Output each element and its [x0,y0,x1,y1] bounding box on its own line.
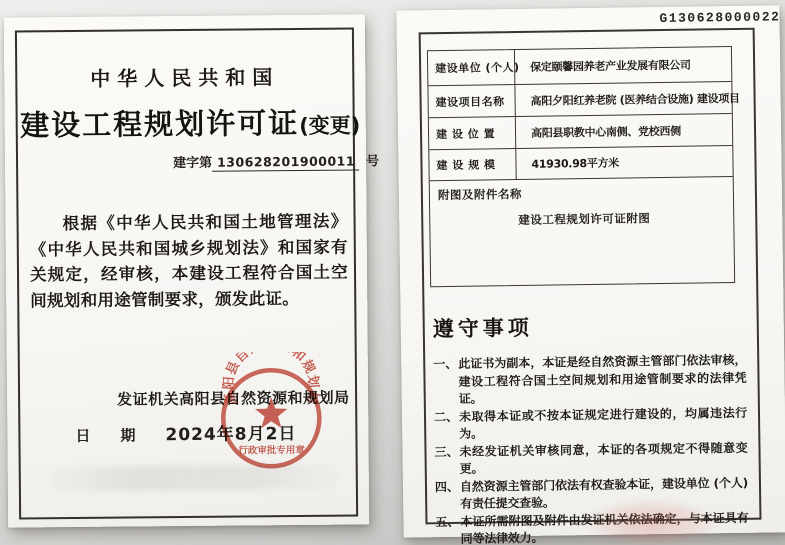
notice-number: 一、 [433,356,459,409]
permit-cover-page: 中华人民共和国 建设工程规划许可证(变更) 建字第130628201900011… [4,14,369,527]
list-item: 三、 未经发证机关审核同意，本证的各项规定不得随意变更。 [434,439,747,478]
row-label-location: 建 设 位 置 [429,117,516,149]
row-value-construction-unit: 保定颐馨园养老产业发展有限公司 [515,47,731,84]
permit-number-line: 建字第130628201900011号 [173,150,379,172]
permit-detail-page: G130628000022 建设单位 (个人) 保定颐馨园养老产业发展有限公司 … [396,5,785,537]
permit-number-suffix: 号 [366,154,379,169]
permit-number-value: 130628201900011 [212,153,359,171]
notice-number: 二、 [434,408,459,443]
notice-number: 五、 [435,513,460,545]
scanned-document-background: 中华人民共和国 建设工程规划许可证(变更) 建字第130628201900011… [0,0,785,545]
issuer-label: 发证机关 [117,390,179,409]
document-serial-number: G130628000022 [659,9,780,26]
detail-border-frame: 建设单位 (个人) 保定颐馨园养老产业发展有限公司 建设项目名称 高阳夕阳红养老… [419,28,762,525]
row-label-construction-unit: 建设单位 (个人) [428,50,515,85]
attachment-label: 附图及附件名称 [438,183,725,203]
row-label-project-name: 建设项目名称 [428,85,515,117]
country-heading: 中华人民共和国 [4,60,365,92]
notice-text: 此证书为副本，本证是经自然资源主管部门依法审核，建设工程符合国土空间规划和用途管… [458,352,747,409]
date-label: 日 期 [75,426,135,445]
notice-text: 未经发证机关审核同意，本证的各项规定不得随意变更。 [459,439,747,478]
attachment-value: 建设工程规划许可证附图 [518,209,725,228]
notice-number: 四、 [435,478,460,513]
permit-title: 建设工程规划许可证(变更) [5,100,366,144]
table-row: 建设项目名称 高阳夕阳红养老院 (医养结合设施) 建设项目 [428,82,731,118]
official-red-seal: 高阳县自然资源和规划局 行政审批专用章 [205,352,338,485]
list-item: 四、 自然资源主管部门依法有权查验本证，建设单位 (个人) 有责任提交查验。 [435,474,748,513]
notice-text: 未取得本证或不按本证规定进行建设的，均属违法行为。 [459,404,747,443]
notice-number: 三、 [434,443,459,478]
row-value-location: 高阳县职教中心南侧、党校西侧 [516,114,732,148]
row-label-scale: 建 设 规 模 [429,149,516,180]
row-value-scale: 41930.98平方米 [516,146,732,179]
seal-star-icon [255,397,288,428]
list-item: 一、 此证书为副本，本证是经自然资源主管部门依法审核，建设工程符合国土空间规划和… [433,352,747,409]
table-row: 建设单位 (个人) 保定颐馨园养老产业发展有限公司 [428,47,731,86]
compliance-section-title: 遵守事项 [433,312,533,343]
table-row: 建 设 位 置 高阳县职教中心南侧、党校西侧 [429,114,732,150]
project-info-table: 建设单位 (个人) 保定颐馨园养老产业发展有限公司 建设项目名称 高阳夕阳红养老… [427,46,735,287]
permit-statement-paragraph: 根据《中华人民共和国土地管理法》《中华人民共和国城乡规划法》和国家有关规定，经审… [29,209,348,314]
table-row: 建 设 规 模 41930.98平方米 [429,146,732,181]
permit-title-change-suffix: (变更) [299,113,360,138]
attachment-cell: 附图及附件名称 建设工程规划许可证附图 [430,177,734,286]
faint-seal-smudge [588,500,714,545]
permit-title-main: 建设工程规划许可证 [20,106,299,142]
row-value-project-name: 高阳夕阳红养老院 (医养结合设施) 建设项目 [515,82,740,116]
list-item: 二、 未取得本证或不按本证规定进行建设的，均属违法行为。 [434,404,747,443]
permit-number-prefix: 建字第 [173,156,212,171]
seal-bottom-text: 行政审批专用章 [238,444,305,457]
